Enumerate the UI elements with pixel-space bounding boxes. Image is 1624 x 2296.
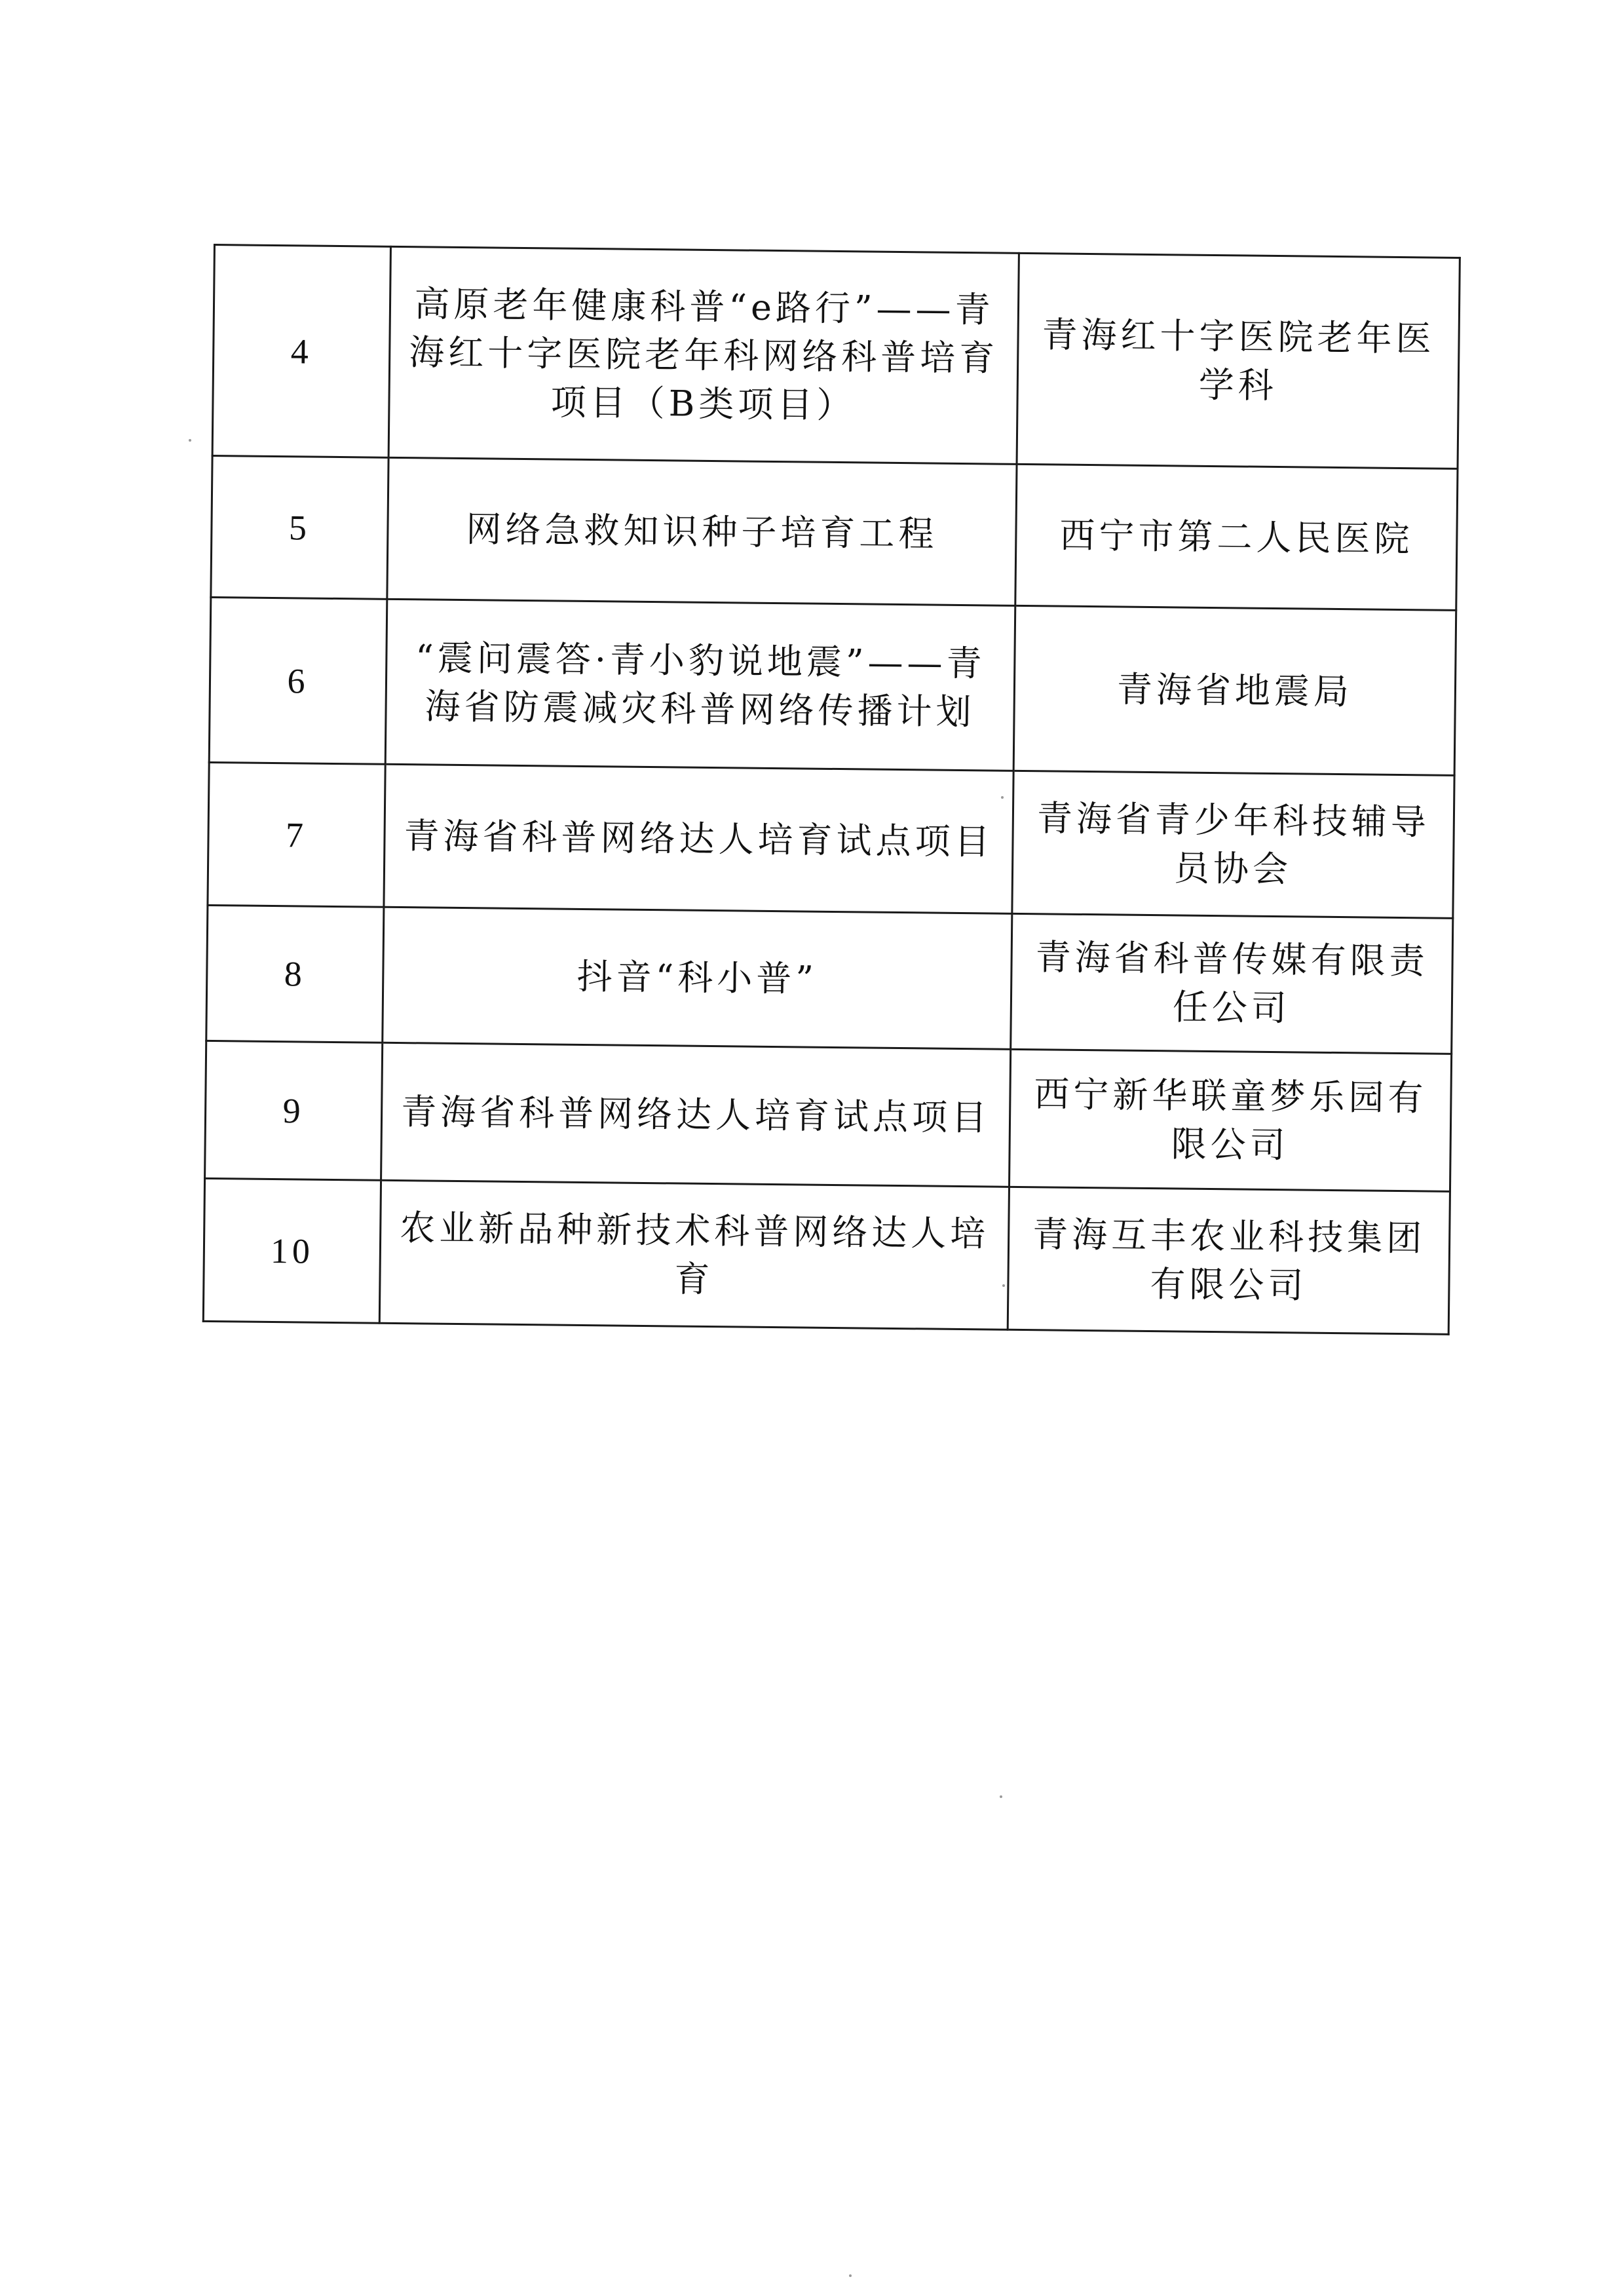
row-number-cell: 9 bbox=[205, 1041, 383, 1180]
organization-cell: 西宁新华联童梦乐园有限公司 bbox=[1009, 1049, 1451, 1191]
scan-speck bbox=[849, 2274, 852, 2277]
row-number-cell: 8 bbox=[206, 905, 384, 1043]
organization-cell: 青海省青少年科技辅导员协会 bbox=[1012, 771, 1454, 918]
project-name-cell: 青海省科普网络达人培育试点项目 bbox=[384, 764, 1013, 913]
scan-speck bbox=[189, 439, 191, 442]
project-name-cell: “震问震答·青小豹说地震”——青海省防震减灾科普网络传播计划 bbox=[385, 599, 1015, 771]
organization-cell: 青海红十字医院老年医学科 bbox=[1017, 253, 1460, 469]
table-row: 10 农业新品种新技术科普网络达人培育 青海互丰农业科技集团有限公司 bbox=[203, 1178, 1450, 1334]
scanned-document-page: 4 高原老年健康科普“e路行”——青海红十字医院老年科网络科普培育项目（B类项目… bbox=[0, 0, 1624, 2296]
row-number-cell: 10 bbox=[203, 1178, 381, 1323]
project-name-cell: 青海省科普网络达人培育试点项目 bbox=[381, 1043, 1011, 1187]
table-row: 5 网络急救知识种子培育工程 西宁市第二人民医院 bbox=[211, 455, 1458, 610]
project-name-cell: 高原老年健康科普“e路行”——青海红十字医院老年科网络科普培育项目（B类项目） bbox=[388, 246, 1019, 464]
organization-cell: 西宁市第二人民医院 bbox=[1015, 464, 1458, 610]
row-number-cell: 6 bbox=[209, 597, 387, 764]
organization-cell: 青海互丰农业科技集团有限公司 bbox=[1008, 1187, 1450, 1334]
organization-cell: 青海省地震局 bbox=[1013, 605, 1456, 775]
table-row: 7 青海省科普网络达人培育试点项目 青海省青少年科技辅导员协会 bbox=[208, 762, 1454, 918]
project-name-cell: 网络急救知识种子培育工程 bbox=[387, 457, 1017, 605]
project-name-cell: 抖音“科小普” bbox=[383, 907, 1012, 1049]
scan-speck bbox=[1002, 1284, 1005, 1287]
row-number-cell: 5 bbox=[211, 455, 388, 599]
awardee-list-table-wrapper: 4 高原老年健康科普“e路行”——青海红十字医院老年科网络科普培育项目（B类项目… bbox=[202, 244, 1453, 1335]
table-row: 9 青海省科普网络达人培育试点项目 西宁新华联童梦乐园有限公司 bbox=[205, 1041, 1452, 1191]
table-row: 8 抖音“科小普” 青海省科普传媒有限责任公司 bbox=[206, 905, 1453, 1054]
row-number-cell: 4 bbox=[212, 245, 390, 458]
project-name-cell: 农业新品种新技术科普网络达人培育 bbox=[379, 1180, 1009, 1330]
organization-cell: 青海省科普传媒有限责任公司 bbox=[1011, 913, 1453, 1054]
table-row: 6 “震问震答·青小豹说地震”——青海省防震减灾科普网络传播计划 青海省地震局 bbox=[209, 597, 1456, 775]
awardee-list-table: 4 高原老年健康科普“e路行”——青海红十字医院老年科网络科普培育项目（B类项目… bbox=[202, 244, 1461, 1335]
scan-speck bbox=[1000, 1795, 1002, 1798]
table-row: 4 高原老年健康科普“e路行”——青海红十字医院老年科网络科普培育项目（B类项目… bbox=[212, 245, 1460, 469]
scan-speck bbox=[1001, 796, 1004, 799]
row-number-cell: 7 bbox=[208, 762, 385, 907]
